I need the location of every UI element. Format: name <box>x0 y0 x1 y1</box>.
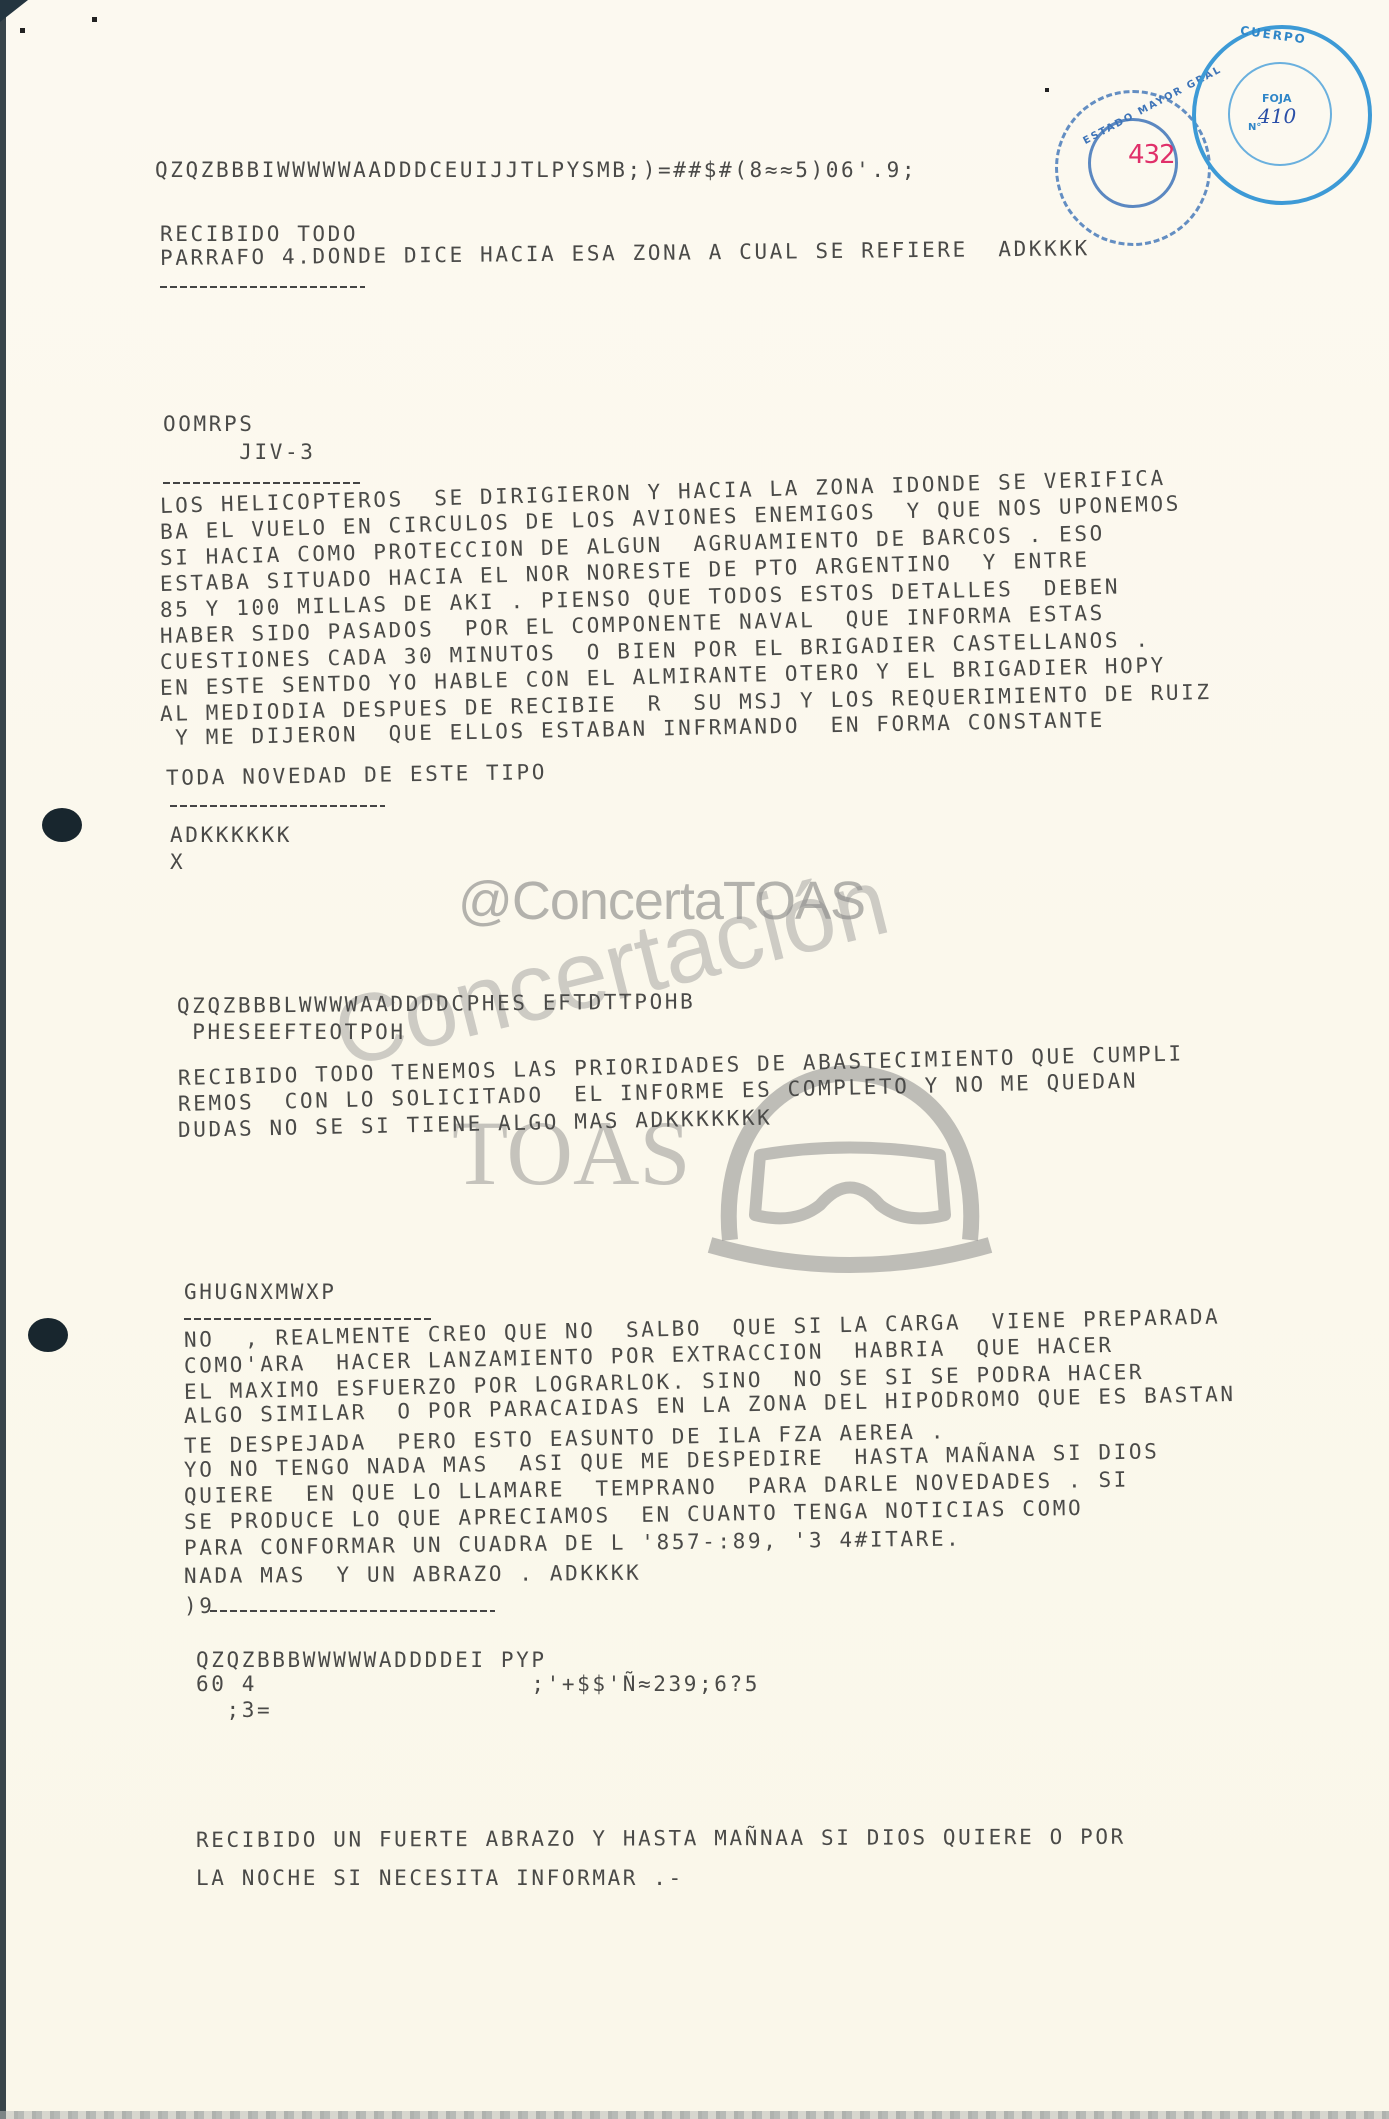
foja-number: 410 <box>1258 104 1296 128</box>
code-line: QZQZBBBWWWWWADDDDEI PYP <box>196 1648 547 1672</box>
text-line: RECIBIDO UN FUERTE ABRAZO Y HASTA MAÑNAA… <box>196 1825 1126 1852</box>
separator-line <box>184 1318 434 1320</box>
code-line: GHUGNXMWXP <box>184 1280 336 1304</box>
code-line: JIV-3 <box>163 440 315 464</box>
punch-hole-icon <box>42 808 82 842</box>
code-line: 60 4 ;'+$$'Ñ≈239;6?5 <box>196 1672 760 1696</box>
code-line: QZQZBBBIWWWWWAADDDCEUIJJTLPYSMB;)=##$#(8… <box>155 158 917 182</box>
speck <box>1045 88 1049 92</box>
code-line: QZQZBBBLWWWWAADDDDCPHES EFTDTTPOHB <box>177 989 695 1018</box>
code-line: X <box>170 850 185 874</box>
punch-hole-icon <box>28 1318 68 1352</box>
code-line: OOMRPS <box>163 412 254 436</box>
code-line: PHESEEFTEOTPOH <box>177 1020 406 1044</box>
code-line: ADKKKKKK <box>170 823 292 847</box>
text-line: TODA NOVEDAD DE ESTE TIPO <box>166 760 547 790</box>
scan-corner <box>0 0 28 22</box>
code-line: )9 <box>184 1594 215 1618</box>
separator-line <box>170 805 385 807</box>
speck <box>20 28 25 33</box>
text-line: RECIBIDO TODO <box>160 222 358 246</box>
code-line: ;3= <box>196 1698 272 1722</box>
text-line: LA NOCHE SI NECESITA INFORMAR .- <box>196 1866 684 1890</box>
separator-line <box>160 286 365 288</box>
scan-left-edge <box>0 0 6 2119</box>
separator-line <box>163 482 360 484</box>
text-line: NADA MAS Y UN ABRAZO . ADKKKK <box>184 1561 641 1588</box>
speck <box>92 17 97 22</box>
stamp-red-number: 432 <box>1128 140 1175 170</box>
scan-bottom-edge <box>0 2111 1389 2119</box>
separator-line <box>210 1610 495 1612</box>
document-page: ESTADO MAYOR GRAL 432 CUERPO FOJA N° 410… <box>0 0 1389 2119</box>
